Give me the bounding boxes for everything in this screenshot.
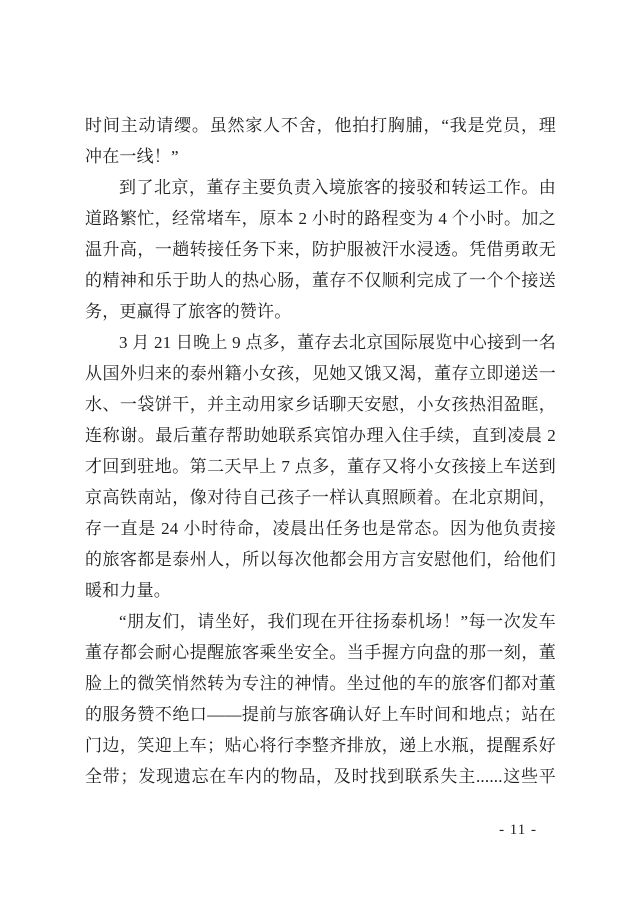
text-line: 连称谢。最后董存帮助她联系宾馆办理入住手续，直到凌晨 2 点: [85, 420, 556, 451]
text-line: 温升高，一趟转接任务下来，防护服被汗水浸透。凭借勇敢无畏: [85, 234, 556, 265]
text-line: 的旅客都是泰州人，所以每次他都会用方言安慰他们，给他们温: [85, 544, 556, 575]
text-line: 门边，笑迎上车；贴心将行李整齐排放，递上水瓶，提醒系好安: [85, 730, 556, 761]
text-line: 时间主动请缨。虽然家人不舍，他拍打胸脯，“我是党员，理应: [85, 110, 556, 141]
page-number: - 11 -: [499, 820, 537, 840]
text-line: 务，更赢得了旅客的赞许。: [85, 296, 556, 327]
text-line: 冲在一线！”: [85, 141, 556, 172]
text-line: 从国外归来的泰州籍小女孩，见她又饿又渴，董存立即递送一瓶: [85, 358, 556, 389]
text-line: 才回到驻地。第二天早上 7 点多，董存又将小女孩接上车送到北: [85, 451, 556, 482]
text-line: 道路繁忙，经常堵车，原本 2 小时的路程变为 4 个小时。加之气: [85, 203, 556, 234]
text-line: “朋友们，请坐好，我们现在开往扬泰机场！”每一次发车前，: [85, 606, 556, 637]
text-line: 到了北京，董存主要负责入境旅客的接驳和转运工作。由于: [85, 172, 556, 203]
text-line: 京高铁南站，像对待自己孩子一样认真照顾着。在北京期间，董: [85, 482, 556, 513]
text-line: 董存都会耐心提醒旅客乘坐安全。当手握方向盘的那一刻，董存: [85, 637, 556, 668]
text-line: 水、一袋饼干，并主动用家乡话聊天安慰，小女孩热泪盈眶，连: [85, 389, 556, 420]
text-line: 脸上的微笑悄然转为专注的神情。坐过他的车的旅客们都对董存: [85, 668, 556, 699]
text-line: 全带；发现遗忘在车内的物品，及时找到联系失主......这些平凡: [85, 761, 556, 792]
document-page: 时间主动请缨。虽然家人不舍，他拍打胸脯，“我是党员，理应冲在一线！”到了北京，董…: [0, 0, 636, 900]
text-block: 时间主动请缨。虽然家人不舍，他拍打胸脯，“我是党员，理应冲在一线！”到了北京，董…: [85, 110, 556, 792]
text-line: 的精神和乐于助人的热心肠，董存不仅顺利完成了一个个接送任: [85, 265, 556, 296]
text-line: 3 月 21 日晚上 9 点多，董存去北京国际展览中心接到一名: [85, 327, 556, 358]
text-line: 的服务赞不绝口——提前与旅客确认好上车时间和地点；站在车: [85, 699, 556, 730]
text-line: 存一直是 24 小时待命，凌晨出任务也是常态。因为他负责接送: [85, 513, 556, 544]
text-line: 暖和力量。: [85, 575, 556, 606]
